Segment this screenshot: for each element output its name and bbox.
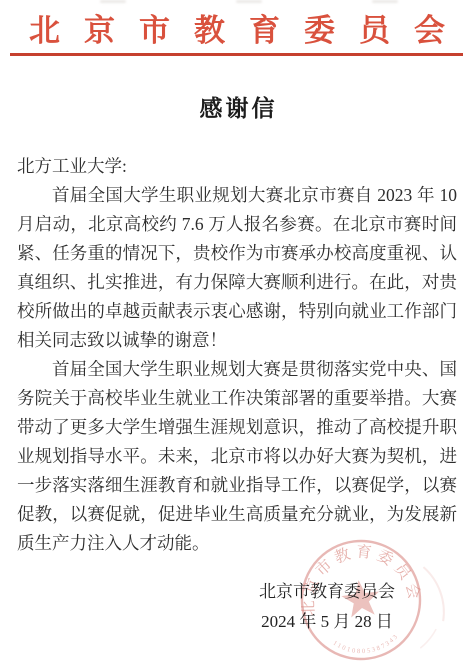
- signature-org: 北京市教育委员会: [259, 577, 395, 607]
- letter-title: 感谢信: [0, 94, 474, 123]
- letterhead-org-name: 北京市教育委员会: [0, 13, 474, 49]
- signature-block: 北京市教育委员会 2024 年 5 月 28 日: [259, 577, 395, 637]
- scan-artifact: [372, 0, 398, 3]
- paragraph-2: 首届全国大学生职业规划大赛是贯彻落实党中央、国务院关于高校毕业生就业工作决策部署…: [17, 355, 457, 558]
- seal-smudge: [418, 629, 438, 648]
- letter-body: 北方工业大学: 首届全国大学生职业规划大赛北京市赛自 2023 年 10 月启动…: [17, 152, 457, 558]
- letterhead: 北京市教育委员会: [0, 13, 474, 49]
- seal-smudge: [423, 565, 445, 622]
- letterhead-divider: [10, 53, 463, 56]
- paragraph-1: 首届全国大学生职业规划大赛北京市赛自 2023 年 10 月启动，北京高校约 7…: [17, 181, 457, 355]
- scan-artifact: [236, 0, 262, 3]
- letter-page: 北京市教育委员会 感谢信 北方工业大学: 首届全国大学生职业规划大赛北京市赛自 …: [0, 0, 474, 672]
- signature-date: 2024 年 5 月 28 日: [259, 607, 395, 637]
- salutation: 北方工业大学:: [17, 152, 457, 181]
- scan-artifact: [100, 0, 126, 3]
